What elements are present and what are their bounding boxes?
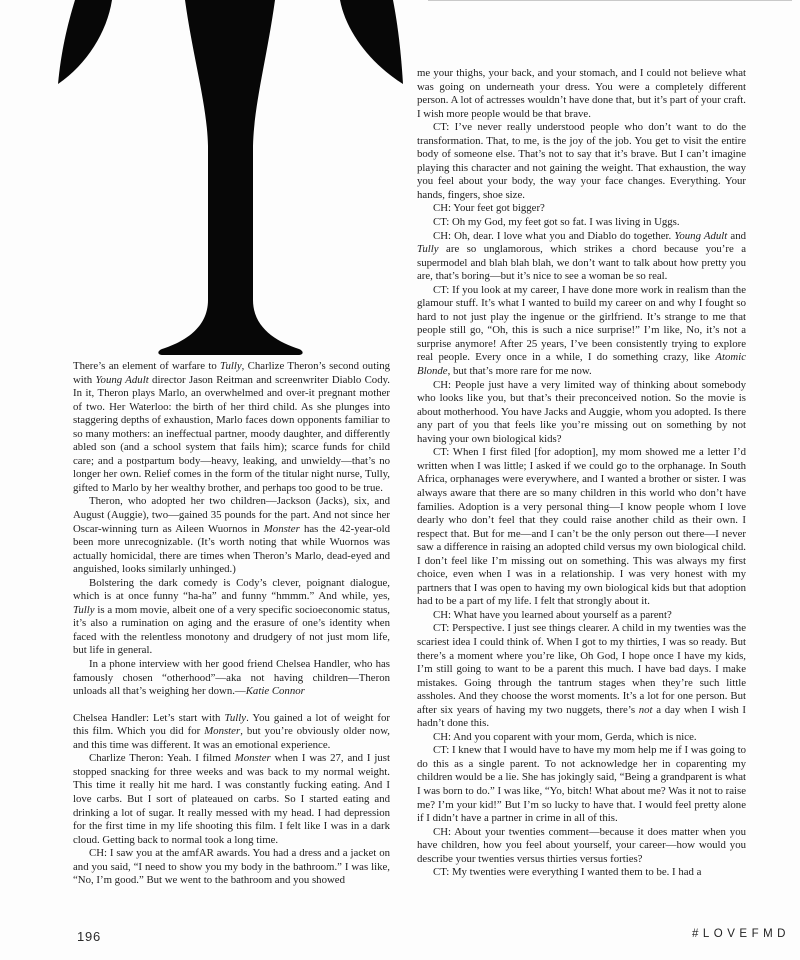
article-paragraph: CT: I knew that I would have to have my … bbox=[417, 744, 746, 825]
text-run: are so unglamorous, which strikes a chor… bbox=[417, 243, 746, 282]
text-run: is a mom movie, albeit one of a very spe… bbox=[73, 604, 390, 657]
article-paragraph: Bolstering the dark comedy is Cody’s cle… bbox=[73, 577, 390, 658]
text-run: CT: I knew that I would have to have my … bbox=[417, 744, 746, 824]
article-paragraph: Charlize Theron: Yeah. I filmed Monster … bbox=[73, 752, 390, 847]
text-run: Chelsea Handler: Let’s start with bbox=[73, 712, 224, 724]
italic-text-run: Tully bbox=[224, 712, 246, 724]
text-run: CH: About your twenties comment—because … bbox=[417, 826, 746, 865]
italic-text-run: Monster bbox=[264, 523, 300, 535]
text-run: Charlize Theron: Yeah. I filmed bbox=[89, 752, 235, 764]
article-paragraph: CH: About your twenties comment—because … bbox=[417, 826, 746, 867]
article-paragraph: CH: I saw you at the amfAR awards. You h… bbox=[73, 847, 390, 888]
text-run: CH: Oh, dear. I love what you and Diablo… bbox=[433, 230, 674, 242]
text-run: CH: Your feet got bigger? bbox=[433, 202, 545, 214]
italic-text-run: Young Adult bbox=[96, 374, 149, 386]
text-run: me your thighs, your back, and your stom… bbox=[417, 67, 746, 120]
article-paragraph: CT: If you look at my career, I have don… bbox=[417, 284, 746, 379]
drop-cap-stem bbox=[158, 0, 302, 355]
article-paragraph: CH: What have you learned about yourself… bbox=[417, 609, 746, 623]
text-run: Bolstering the dark comedy is Cody’s cle… bbox=[73, 577, 390, 603]
article-paragraph: CT: Oh my God, my feet got so fat. I was… bbox=[417, 216, 746, 230]
italic-text-run: Monster bbox=[235, 752, 271, 764]
drop-cap-right-serif bbox=[340, 0, 403, 84]
article-paragraph: CH: Oh, dear. I love what you and Diablo… bbox=[417, 230, 746, 284]
text-run: CT: If you look at my career, I have don… bbox=[417, 284, 746, 364]
article-paragraph: CT: Perspective. I just see things clear… bbox=[417, 622, 746, 730]
drop-cap-letter-t bbox=[53, 0, 405, 358]
text-run: when I was 27, and I just stopped snacki… bbox=[73, 752, 390, 845]
article-paragraph: Theron, who adopted her two children—Jac… bbox=[73, 495, 390, 576]
drop-cap-left-serif bbox=[58, 0, 112, 84]
article-paragraph: CT: When I first filed [for adoption], m… bbox=[417, 446, 746, 609]
italic-text-run: Young Adult bbox=[674, 230, 727, 242]
text-run: CT: Oh my God, my feet got so fat. I was… bbox=[433, 216, 680, 228]
page-number: 196 bbox=[77, 929, 101, 944]
text-run: CT: When I first filed [for adoption], m… bbox=[417, 446, 746, 607]
text-run: CH: What have you learned about yourself… bbox=[433, 609, 672, 621]
article-paragraph: In a phone interview with her good frien… bbox=[73, 658, 390, 699]
article-paragraph: CH: Your feet got bigger? bbox=[417, 202, 746, 216]
text-run: and bbox=[727, 230, 746, 242]
article-paragraph: CT: I’ve never really understood people … bbox=[417, 121, 746, 202]
italic-text-run: Monster bbox=[204, 725, 240, 737]
text-run: CT: I’ve never really understood people … bbox=[417, 121, 746, 201]
article-paragraph: CH: And you coparent with your mom, Gerd… bbox=[417, 731, 746, 745]
footer-hashtag: #LOVEFMD bbox=[692, 928, 790, 940]
text-run: In a phone interview with her good frien… bbox=[73, 658, 390, 697]
article-paragraph: CT: My twenties were everything I wanted… bbox=[417, 866, 746, 880]
magazine-page: There’s an element of warfare to Tully, … bbox=[0, 0, 800, 960]
text-run: CT: Perspective. I just see things clear… bbox=[417, 622, 746, 715]
text-run: CH: I saw you at the amfAR awards. You h… bbox=[73, 847, 390, 886]
italic-text-run: Katie Connor bbox=[246, 685, 305, 697]
text-run: CH: And you coparent with your mom, Gerd… bbox=[433, 731, 697, 743]
page-top-edge-line bbox=[428, 0, 792, 1]
article-column-left: There’s an element of warfare to Tully, … bbox=[73, 360, 390, 918]
text-run: director Jason Reitman and screenwriter … bbox=[73, 374, 390, 494]
article-paragraph: me your thighs, your back, and your stom… bbox=[417, 67, 746, 121]
italic-text-run: Tully bbox=[417, 243, 439, 255]
italic-text-run: Tully bbox=[73, 604, 95, 616]
article-paragraph: CH: People just have a very limited way … bbox=[417, 379, 746, 447]
article-column-right: me your thighs, your back, and your stom… bbox=[417, 67, 746, 912]
text-run: CH: People just have a very limited way … bbox=[417, 379, 746, 445]
italic-text-run: not bbox=[639, 704, 653, 716]
article-paragraph: There’s an element of warfare to Tully, … bbox=[73, 360, 390, 495]
article-paragraph: Chelsea Handler: Let’s start with Tully.… bbox=[73, 712, 390, 753]
italic-text-run: Tully bbox=[220, 360, 242, 372]
text-run: CT: My twenties were everything I wanted… bbox=[433, 866, 701, 878]
text-run: , but that’s more rare for me now. bbox=[448, 365, 592, 377]
text-run: There’s an element of warfare to bbox=[73, 360, 220, 372]
